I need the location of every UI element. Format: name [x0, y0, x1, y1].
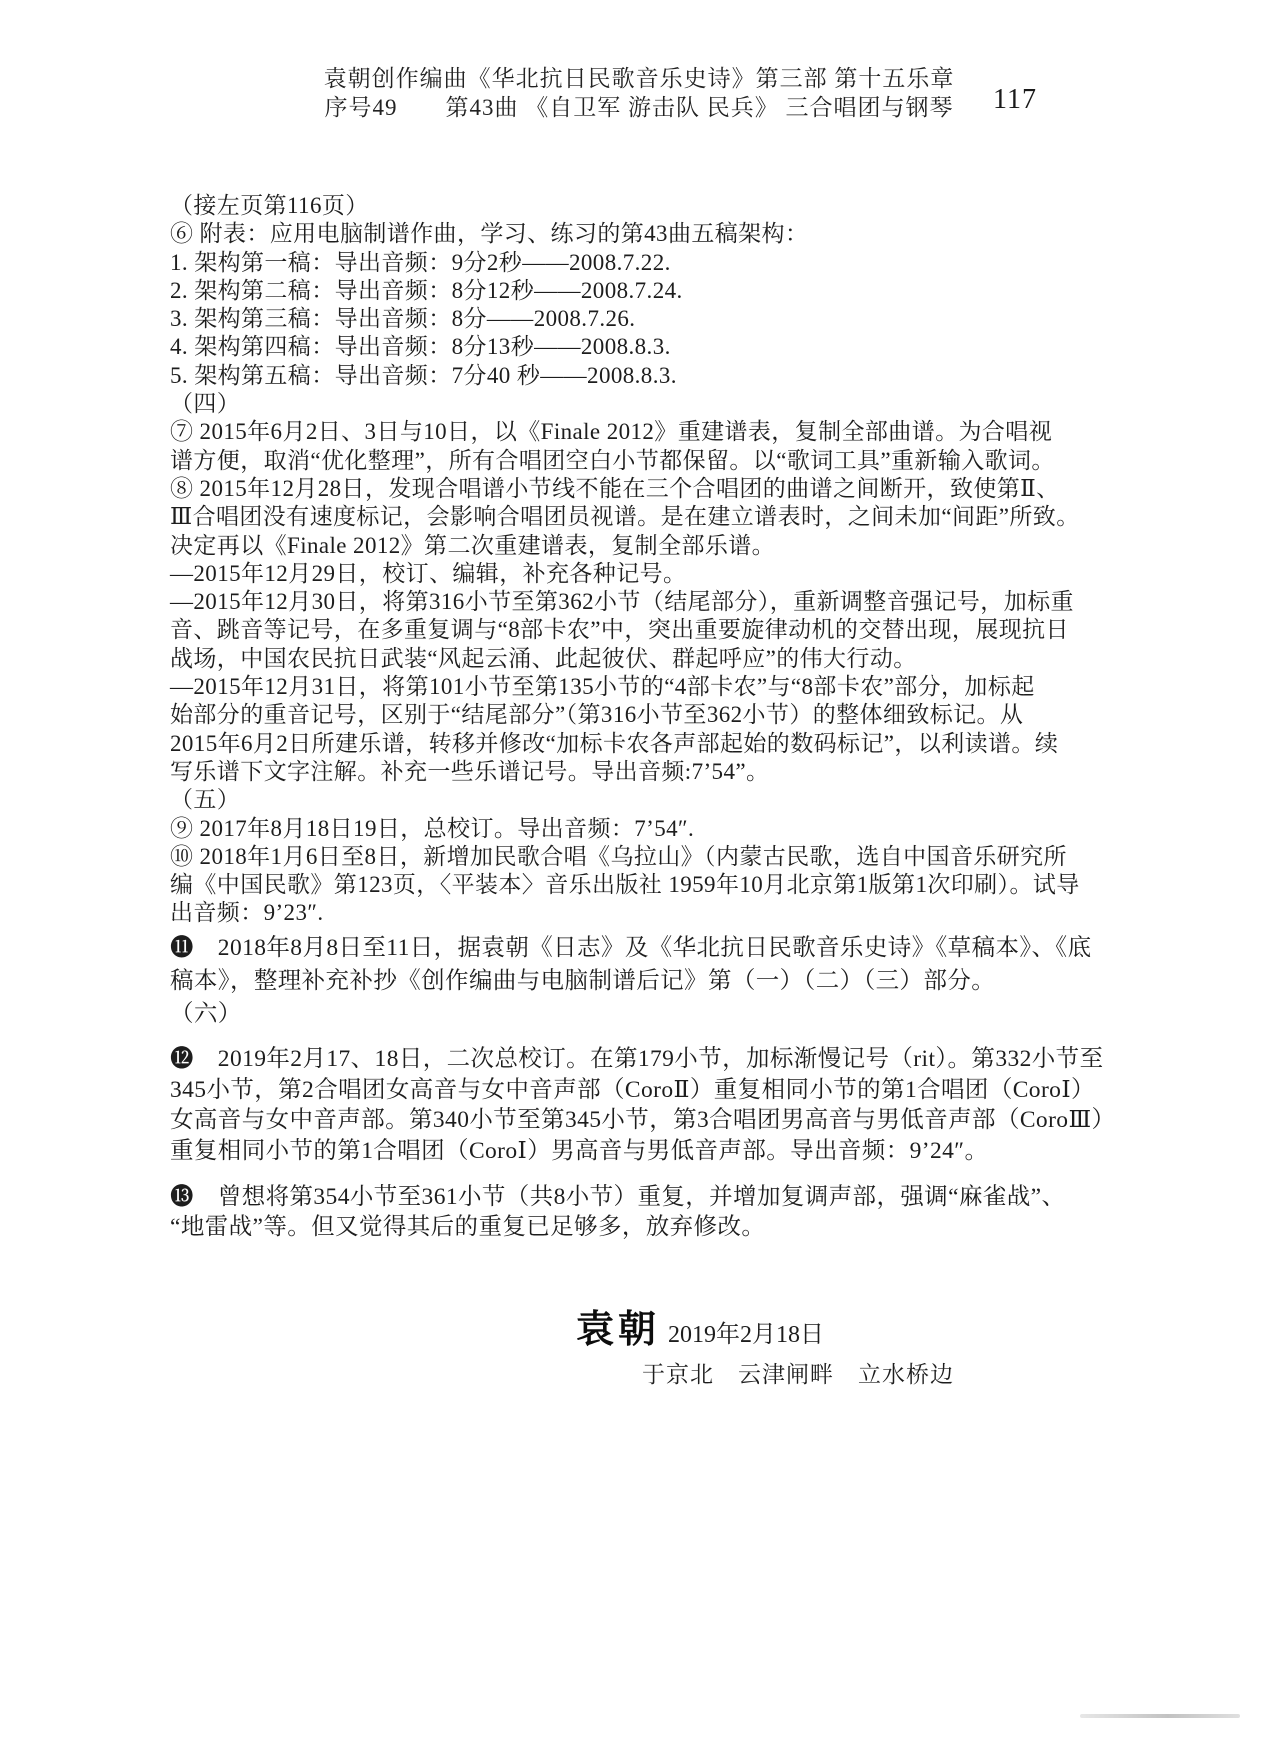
text-line: 2015年6月2日所建乐谱，转移并修改“加标卡农各声部起始的数码标记”，以利读谱… — [170, 730, 1130, 758]
text-line: ⓭ 曾想将第354小节至361小节（共8小节）重复，并增加复调声部，强调“麻雀战… — [170, 1182, 1130, 1212]
text-line: 5. 架构第五稿：导出音频：7分40 秒——2008.8.3. — [170, 362, 1130, 390]
text-line: ⑨ 2017年8月18日19日，总校订。导出音频：7’54″. — [170, 815, 1130, 843]
text-line: 2. 架构第二稿：导出音频：8分12秒——2008.7.24. — [170, 277, 1130, 305]
text-line: ⓬ 2019年2月17、18日，二次总校订。在第179小节，加标渐慢记号（rit… — [170, 1044, 1130, 1075]
text-line: 战场，中国农民抗日武装“风起云涌、此起彼伏、群起呼应”的伟大行动。 — [170, 645, 1130, 673]
text-line: ⓫ 2018年8月8日至11日，据袁朝《日志》及《华北抗日民歌音乐史诗》《草稿本… — [170, 932, 1130, 965]
text-line: ⑩ 2018年1月6日至8日，新增加民歌合唱《乌拉山》（内蒙古民歌，选自中国音乐… — [170, 843, 1130, 871]
page-number: 117 — [993, 84, 1037, 116]
text-line: （接左页第116页） — [170, 192, 1130, 220]
header-title-line2: 序号49 第43曲 《自卫军 游击队 民兵》 三合唱团与钢琴 — [0, 93, 1278, 122]
text-line: 重复相同小节的第1合唱团（CoroⅠ）男高音与男低音声部。导出音频：9’24″。 — [170, 1136, 1130, 1167]
text-line: （六） — [170, 998, 1130, 1031]
signature-place: 于京北 云津闸畔 立水桥边 — [642, 1356, 954, 1389]
text-line: （四） — [170, 390, 1130, 418]
paragraph-13: ⓭ 曾想将第354小节至361小节（共8小节）重复，并增加复调声部，强调“麻雀战… — [170, 1182, 1130, 1242]
text-line: —2015年12月31日，将第101小节至第135小节的“4部卡农”与“8部卡农… — [170, 673, 1130, 701]
text-line: ⑧ 2015年12月28日，发现合唱谱小节线不能在三个合唱团的曲谱之间断开，致使… — [170, 475, 1130, 503]
text-line: ⑦ 2015年6月2日、3日与10日，以《Finale 2012》重建谱表，复制… — [170, 418, 1130, 446]
text-line: 音、跳音等记号，在多重复调与“8部卡农”中，突出重要旋律动机的交替出现，展现抗日 — [170, 616, 1130, 644]
signature-author-name: 袁朝 — [576, 1309, 660, 1351]
header-title-line1: 袁朝创作编曲《华北抗日民歌音乐史诗》第三部 第十五乐章 — [0, 64, 1278, 93]
text-line: 1. 架构第一稿：导出音频：9分2秒——2008.7.22. — [170, 249, 1130, 277]
signature-line: 袁朝2019年2月18日 — [576, 1298, 824, 1353]
text-line: 出音频：9’23″. — [170, 899, 1130, 927]
text-line: 稿本》，整理补充补抄《创作编曲与电脑制谱后记》第（一）（二）（三）部分。 — [170, 965, 1130, 998]
text-line: 345小节，第2合唱团女高音与女中音声部（CoroⅡ）重复相同小节的第1合唱团（… — [170, 1075, 1130, 1106]
text-line: 写乐谱下文字注解。补充一些乐谱记号。导出音频:7’54”。 — [170, 758, 1130, 786]
text-line: ⑥ 附表：应用电脑制谱作曲，学习、练习的第43曲五稿架构： — [170, 220, 1130, 248]
main-text-section: （接左页第116页） ⑥ 附表：应用电脑制谱作曲，学习、练习的第43曲五稿架构：… — [170, 192, 1130, 928]
text-line: 4. 架构第四稿：导出音频：8分13秒——2008.8.3. — [170, 333, 1130, 361]
text-line: 编《中国民歌》第123页，〈平装本〉音乐出版社 1959年10月北京第1版第1次… — [170, 871, 1130, 899]
page-header: 袁朝创作编曲《华北抗日民歌音乐史诗》第三部 第十五乐章 序号49 第43曲 《自… — [0, 64, 1278, 122]
paragraph-12: ⓬ 2019年2月17、18日，二次总校订。在第179小节，加标渐慢记号（rit… — [170, 1044, 1130, 1166]
document-page: 袁朝创作编曲《华北抗日民歌音乐史诗》第三部 第十五乐章 序号49 第43曲 《自… — [0, 0, 1278, 1757]
text-line: 谱方便，取消“优化整理”，所有合唱团空白小节都保留。以“歌词工具”重新输入歌词。 — [170, 447, 1130, 475]
text-line: 始部分的重音记号，区别于“结尾部分”（第316小节至362小节）的整体细致标记。… — [170, 701, 1130, 729]
signature-date: 2019年2月18日 — [668, 1322, 824, 1348]
text-line: Ⅲ合唱团没有速度标记，会影响合唱团员视谱。是在建立谱表时，之间未加“间距”所致。 — [170, 503, 1130, 531]
text-line: —2015年12月30日，将第316小节至第362小节（结尾部分），重新调整音强… — [170, 588, 1130, 616]
text-line: 3. 架构第三稿：导出音频：8分——2008.7.26. — [170, 305, 1130, 333]
text-line: “地雷战”等。但又觉得其后的重复已足够多，放弃修改。 — [170, 1212, 1130, 1242]
text-line: —2015年12月29日，校订、编辑，补充各种记号。 — [170, 560, 1130, 588]
text-line: 女高音与女中音声部。第340小节至第345小节，第3合唱团男高音与男低音声部（C… — [170, 1105, 1130, 1136]
paragraph-11: ⓫ 2018年8月8日至11日，据袁朝《日志》及《华北抗日民歌音乐史诗》《草稿本… — [170, 932, 1130, 1031]
text-line: 决定再以《Finale 2012》第二次重建谱表，复制全部乐谱。 — [170, 532, 1130, 560]
text-line: （五） — [170, 786, 1130, 814]
scan-smudge-mark — [1080, 1714, 1240, 1718]
